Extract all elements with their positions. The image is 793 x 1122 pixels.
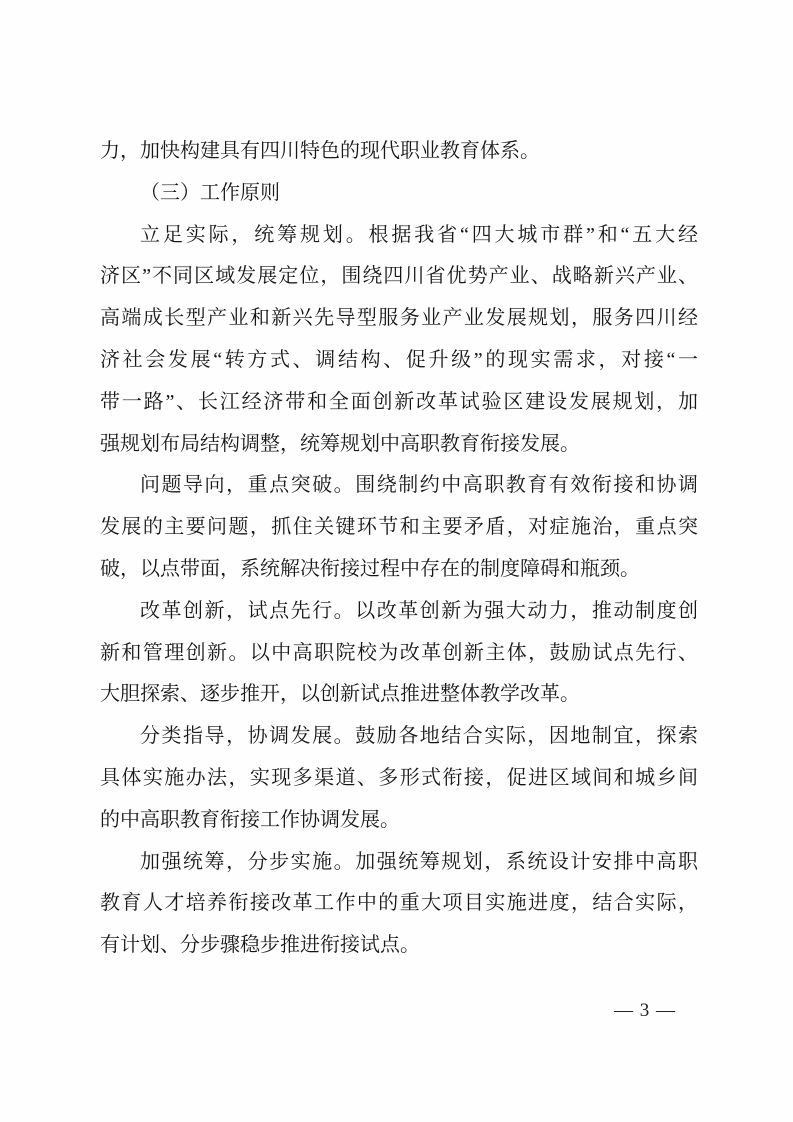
text-line: 立足实际，统筹规划。根据我省“四大城市群”和“五大经 (100, 215, 698, 257)
text-line: 有计划、分步骤稳步推进衔接试点。 (100, 925, 698, 967)
text-line: 高端成长型产业和新兴先导型服务业产业发展规划，服务四川经 (100, 298, 698, 340)
text-line: 问题导向，重点突破。围绕制约中高职教育有效衔接和协调 (100, 465, 698, 507)
text-line: 改革创新，试点先行。以改革创新为强大动力，推动制度创 (100, 591, 698, 633)
text-line: 济社会发展“转方式、调结构、促升级”的现实需求，对接“一 (100, 340, 698, 382)
text-line: 强规划布局结构调整，统筹规划中高职教育衔接发展。 (100, 424, 698, 466)
text-line: 的中高职教育衔接工作协调发展。 (100, 800, 698, 842)
text-line: 力，加快构建具有四川特色的现代职业教育体系。 (100, 131, 698, 173)
document-page: 力，加快构建具有四川特色的现代职业教育体系。（三）工作原则立足实际，统筹规划。根… (0, 0, 793, 1122)
page-number: — 3 — (614, 999, 676, 1023)
text-line: 带一路”、长江经济带和全面创新改革试验区建设发展规划，加 (100, 382, 698, 424)
text-line: 发展的主要问题，抓住关键环节和主要矛盾，对症施治，重点突 (100, 507, 698, 549)
text-line: （三）工作原则 (100, 173, 698, 215)
text-line: 加强统筹，分步实施。加强统筹规划，系统设计安排中高职 (100, 842, 698, 884)
text-line: 教育人才培养衔接改革工作中的重大项目实施进度，结合实际， (100, 883, 698, 925)
text-line: 济区”不同区域发展定位，围绕四川省优势产业、战略新兴产业、 (100, 256, 698, 298)
text-line: 具体实施办法，实现多渠道、多形式衔接，促进区域间和城乡间 (100, 758, 698, 800)
text-line: 分类指导，协调发展。鼓励各地结合实际，因地制宜，探索 (100, 716, 698, 758)
body-text: 力，加快构建具有四川特色的现代职业教育体系。（三）工作原则立足实际，统筹规划。根… (100, 131, 698, 967)
text-line: 破，以点带面，系统解决衔接过程中存在的制度障碍和瓶颈。 (100, 549, 698, 591)
text-line: 大胆探索、逐步推开，以创新试点推进整体教学改革。 (100, 674, 698, 716)
text-line: 新和管理创新。以中高职院校为改革创新主体，鼓励试点先行、 (100, 633, 698, 675)
